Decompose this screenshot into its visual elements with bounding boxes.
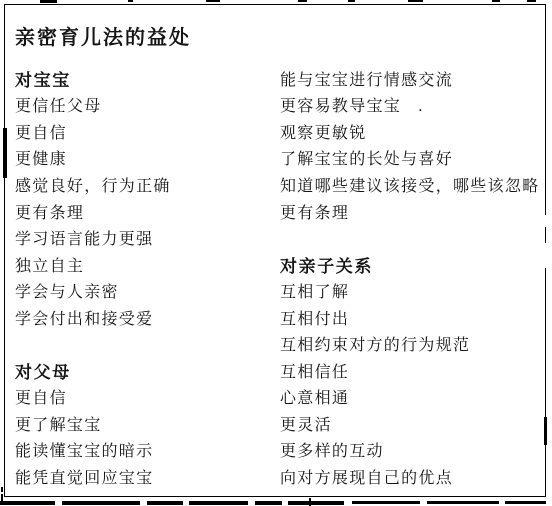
table-row: 更健康 了解宝宝的长处与喜好 xyxy=(15,145,546,172)
scan-artifact-bottom xyxy=(189,501,248,505)
scan-artifact-bottom xyxy=(427,501,499,504)
page-title: 亲密育儿法的益处 xyxy=(15,24,546,52)
table-row: 学习语言能力更强 xyxy=(15,224,546,251)
benefit-item: 更多样的互动 xyxy=(280,438,546,461)
benefit-item: 更有条理 xyxy=(15,200,280,223)
scan-artifact-bottom xyxy=(62,501,140,505)
section-header-parent-child: 对亲子关系 xyxy=(280,252,546,277)
benefit-item: 了解宝宝的长处与喜好 xyxy=(280,146,546,169)
benefit-item: 观察更敏锐 xyxy=(280,120,546,143)
benefit-item: 学会付出和接受爱 xyxy=(15,306,280,329)
table-row: 学会与人亲密 互相了解 xyxy=(15,277,546,304)
benefit-item: 能读懂宝宝的暗示 xyxy=(15,438,280,461)
benefit-item: 更了解宝宝 xyxy=(15,412,280,435)
benefit-item: 更自信 xyxy=(15,120,280,143)
table-row: 独立自主 对亲子关系 xyxy=(15,251,546,278)
benefit-item: 更容易教导宝宝 . xyxy=(280,93,546,116)
benefit-item: 互相信任 xyxy=(280,359,546,382)
scan-artifact-top xyxy=(40,0,57,3)
benefit-item: 能与宝宝进行情感交流 xyxy=(280,67,546,90)
table-row: 能凭直觉回应宝宝 向对方展现自己的优点 xyxy=(15,463,546,490)
scan-artifact-bottom-tick xyxy=(309,498,311,506)
table-row: 更有条理 更有条理 xyxy=(15,198,546,225)
table-row: 学会付出和接受爱 互相付出 xyxy=(15,304,546,331)
benefit-item: 独立自主 xyxy=(15,253,280,276)
benefit-item: 心意相通 xyxy=(280,385,546,408)
table-row: 对宝宝 能与宝宝进行情感交流 xyxy=(15,65,546,92)
benefit-item: 更自信 xyxy=(15,385,280,408)
scan-artifact-bottom xyxy=(288,501,344,505)
benefit-item: 学习语言能力更强 xyxy=(15,226,280,249)
benefit-item: 向对方展现自己的优点 xyxy=(280,465,546,488)
benefit-item: 学会与人亲密 xyxy=(15,279,280,302)
benefit-item: 更有条理 xyxy=(280,200,546,223)
scan-artifact-top xyxy=(206,0,220,2)
benefit-item: 感觉良好，行为正确 xyxy=(15,173,280,196)
frame-right-border xyxy=(545,227,546,243)
frame-left-border-thick xyxy=(3,128,7,178)
benefit-item: 互相了解 xyxy=(280,279,546,302)
benefits-table: 对宝宝 能与宝宝进行情感交流 更信任父母 更容易教导宝宝 . 更自信 观察更敏锐… xyxy=(15,65,546,490)
benefit-item: 知道哪些建议该接受，哪些该忽略 xyxy=(280,173,546,196)
scan-artifact-bottom xyxy=(505,501,546,504)
table-row: 更自信 观察更敏锐 xyxy=(15,118,546,145)
table-row: 能读懂宝宝的暗示 更多样的互动 xyxy=(15,437,546,464)
table-row: 更自信 心意相通 xyxy=(15,384,546,411)
table-row: 对父母 互相信任 xyxy=(15,357,546,384)
scan-artifact-top xyxy=(492,0,500,2)
table-row: 更信任父母 更容易教导宝宝 . xyxy=(15,92,546,119)
section-header-for-baby: 对宝宝 xyxy=(15,66,280,91)
scan-artifact-top xyxy=(348,0,355,2)
benefit-item: 互相约束对方的行为规范 xyxy=(280,332,546,355)
scan-artifact-bottom xyxy=(352,501,420,504)
section-header-for-parents: 对父母 xyxy=(15,358,280,383)
frame-right-border xyxy=(545,4,546,215)
scan-artifact-top xyxy=(298,0,307,2)
frame-right-border xyxy=(545,268,546,497)
benefit-item: 互相付出 xyxy=(280,306,546,329)
benefit-item: 能凭直觉回应宝宝 xyxy=(15,465,280,488)
benefit-item: 更健康 xyxy=(15,146,280,169)
scan-artifact-left xyxy=(1,487,3,492)
scan-artifact-top xyxy=(527,0,536,2)
frame-right-border-thick xyxy=(544,417,547,445)
benefit-item: 更信任父母 xyxy=(15,93,280,116)
scan-artifact-bottom xyxy=(147,501,183,505)
scan-artifact-top xyxy=(128,0,133,2)
scan-artifact-bottom xyxy=(0,501,55,505)
benefit-item: 更灵活 xyxy=(280,412,546,435)
benefits-table-frame: 亲密育儿法的益处 对宝宝 能与宝宝进行情感交流 更信任父母 更容易教导宝宝 . … xyxy=(4,4,546,497)
table-row: 感觉良好，行为正确 知道哪些建议该接受，哪些该忽略 xyxy=(15,171,546,198)
table-row: 互相约束对方的行为规范 xyxy=(15,330,546,357)
table-row: 更了解宝宝 更灵活 xyxy=(15,410,546,437)
scan-artifact-bottom xyxy=(255,501,282,505)
scan-artifact-left xyxy=(1,494,3,501)
scan-artifact-top xyxy=(408,0,423,2)
